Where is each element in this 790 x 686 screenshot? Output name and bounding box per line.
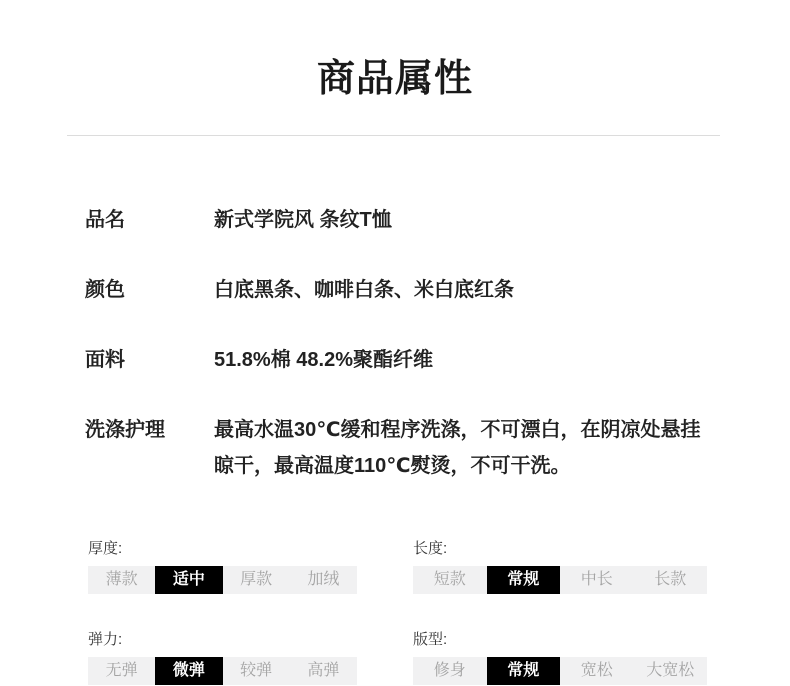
attribute-row: 面料 51.8%棉 48.2%聚酯纤维 [85, 342, 790, 378]
attribute-label: 洗涤护理 [85, 412, 214, 448]
option-group-thickness: 厚度: 薄款 适中 厚款 加绒 [88, 540, 357, 594]
page-title: 商品属性 [0, 0, 790, 101]
option-group-label: 厚度: [88, 540, 357, 557]
option-group-label: 版型: [413, 631, 707, 648]
option-chip[interactable]: 高弹 [290, 657, 357, 685]
option-chip[interactable]: 短款 [413, 566, 487, 594]
option-chip-selected[interactable]: 适中 [155, 566, 222, 594]
option-bar: 薄款 适中 厚款 加绒 [88, 566, 357, 594]
options-row: 厚度: 薄款 适中 厚款 加绒 长度: 短款 常规 中长 长款 [88, 540, 790, 594]
options-row: 弹力: 无弹 微弹 较弹 高弹 版型: 修身 常规 宽松 大宽松 [88, 631, 790, 685]
option-chip[interactable]: 长款 [634, 566, 708, 594]
option-chip[interactable]: 薄款 [88, 566, 155, 594]
attribute-row: 品名 新式学院风 条纹T恤 [85, 202, 790, 238]
attribute-row: 洗涤护理 最高水温30℃缓和程序洗涤，不可漂白，在阴凉处悬挂晾干，最高温度110… [85, 412, 790, 484]
option-chip[interactable]: 中长 [560, 566, 634, 594]
attributes-section: 品名 新式学院风 条纹T恤 颜色 白底黑条、咖啡白条、米白底红条 面料 51.8… [85, 202, 790, 484]
option-chip-selected[interactable]: 常规 [487, 657, 561, 685]
option-bar: 短款 常规 中长 长款 [413, 566, 707, 594]
option-chip[interactable]: 宽松 [560, 657, 634, 685]
option-chip-selected[interactable]: 常规 [487, 566, 561, 594]
option-group-label: 弹力: [88, 631, 357, 648]
option-group-fit: 版型: 修身 常规 宽松 大宽松 [413, 631, 707, 685]
attribute-row: 颜色 白底黑条、咖啡白条、米白底红条 [85, 272, 790, 308]
attribute-label: 面料 [85, 342, 214, 378]
option-bar: 修身 常规 宽松 大宽松 [413, 657, 707, 685]
option-chip[interactable]: 修身 [413, 657, 487, 685]
option-chip[interactable]: 加绒 [290, 566, 357, 594]
option-chip[interactable]: 较弹 [223, 657, 290, 685]
option-group-label: 长度: [413, 540, 707, 557]
attribute-value: 新式学院风 条纹T恤 [214, 202, 710, 238]
option-chip-selected[interactable]: 微弹 [155, 657, 222, 685]
option-chip[interactable]: 厚款 [223, 566, 290, 594]
divider [67, 135, 720, 136]
attribute-label: 品名 [85, 202, 214, 238]
attribute-label: 颜色 [85, 272, 214, 308]
option-group-length: 长度: 短款 常规 中长 长款 [413, 540, 707, 594]
option-group-elasticity: 弹力: 无弹 微弹 较弹 高弹 [88, 631, 357, 685]
option-chip[interactable]: 无弹 [88, 657, 155, 685]
attribute-value: 51.8%棉 48.2%聚酯纤维 [214, 342, 710, 378]
attribute-value: 最高水温30℃缓和程序洗涤，不可漂白，在阴凉处悬挂晾干，最高温度110℃熨烫，不… [214, 412, 710, 484]
options-section: 厚度: 薄款 适中 厚款 加绒 长度: 短款 常规 中长 长款 弹力: 无弹 微… [88, 540, 790, 685]
option-bar: 无弹 微弹 较弹 高弹 [88, 657, 357, 685]
option-chip[interactable]: 大宽松 [634, 657, 708, 685]
attribute-value: 白底黑条、咖啡白条、米白底红条 [214, 272, 710, 308]
